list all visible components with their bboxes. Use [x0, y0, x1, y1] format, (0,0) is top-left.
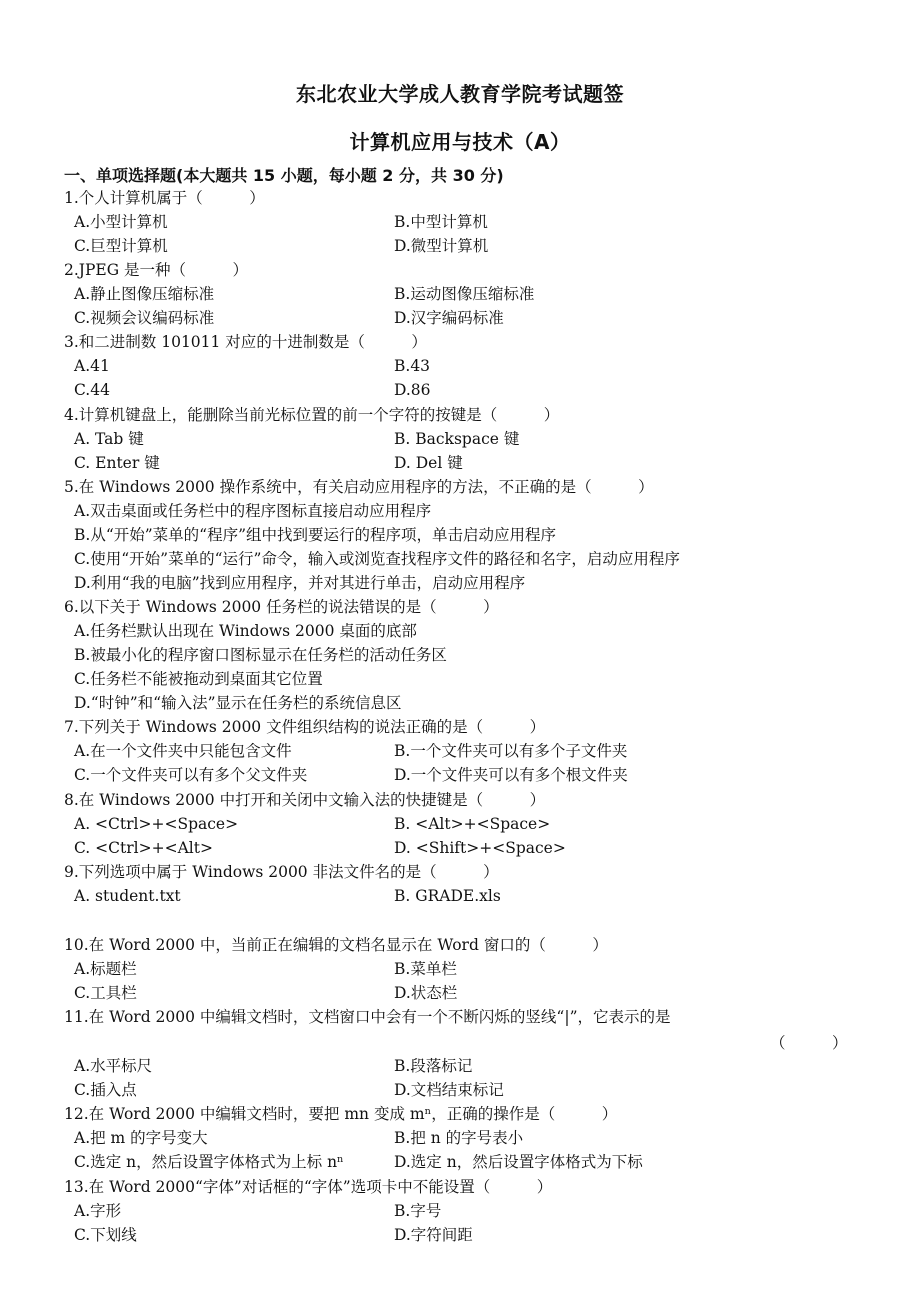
q5-option-c: C.使用“开始”菜单的“运行”命令，输入或浏览查找程序文件的路径和名字，启动应用…: [74, 548, 680, 570]
question-1: 1.个人计算机属于（ ）: [64, 187, 265, 209]
q13-option-a: A.字形: [74, 1200, 121, 1222]
q13-option-c: C.下划线: [74, 1224, 137, 1246]
question-7: 7.下列关于 Windows 2000 文件组织结构的说法正确的是（ ）: [64, 716, 545, 738]
question-3: 3.和二进制数 101011 对应的十进制数是（ ）: [64, 331, 427, 353]
q11-answer-blank: （ ）: [770, 1031, 848, 1053]
q7-option-d: D.一个文件夹可以有多个根文件夹: [394, 764, 628, 786]
question-10: 10.在 Word 2000 中，当前正在编辑的文档名显示在 Word 窗口的（…: [64, 934, 608, 956]
q5-option-d: D.利用“我的电脑”找到应用程序，并对其进行单击，启动应用程序: [74, 572, 525, 594]
q3-option-a: A.41: [74, 355, 110, 377]
q2-option-a: A.静止图像压缩标准: [74, 283, 214, 305]
q9-option-a: A. student.txt: [74, 885, 181, 907]
q4-option-a: A. Tab 键: [74, 428, 144, 450]
q8-option-b: B. <Alt>+<Space>: [394, 813, 550, 835]
q10-option-c: C.工具栏: [74, 982, 137, 1004]
q7-option-a: A.在一个文件夹中只能包含文件: [74, 740, 292, 762]
question-5: 5.在 Windows 2000 操作系统中，有关启动应用程序的方法，不正确的是…: [64, 476, 654, 498]
q2-option-c: C.视频会议编码标准: [74, 307, 214, 329]
q10-option-b: B.菜单栏: [394, 958, 457, 980]
q5-option-a: A.双击桌面或任务栏中的程序图标直接启动应用程序: [74, 500, 431, 522]
q6-option-a: A.任务栏默认出现在 Windows 2000 桌面的底部: [74, 620, 417, 642]
q8-option-d: D. <Shift>+<Space>: [394, 837, 566, 859]
question-9: 9.下列选项中属于 Windows 2000 非法文件名的是（ ）: [64, 861, 499, 883]
q12-option-a: A.把 m 的字号变大: [74, 1127, 208, 1149]
q12-option-d: D.选定 n，然后设置字体格式为下标: [394, 1151, 643, 1173]
question-8: 8.在 Windows 2000 中打开和关闭中文输入法的快捷键是（ ）: [64, 789, 545, 811]
q11-option-c: C.插入点: [74, 1079, 137, 1101]
q6-option-c: C.任务栏不能被拖动到桌面其它位置: [74, 668, 323, 690]
q7-option-b: B.一个文件夹可以有多个子文件夹: [394, 740, 627, 762]
q6-option-b: B.被最小化的程序窗口图标显示在任务栏的活动任务区: [74, 644, 447, 666]
course-subtitle: 计算机应用与技术（A）: [0, 126, 920, 155]
q3-option-d: D.86: [394, 379, 431, 401]
question-11: 11.在 Word 2000 中编辑文档时，文档窗口中会有一个不断闪烁的竖线“|…: [64, 1006, 671, 1028]
question-6: 6.以下关于 Windows 2000 任务栏的说法错误的是（ ）: [64, 596, 499, 618]
question-4: 4.计算机键盘上，能删除当前光标位置的前一个字符的按键是（ ）: [64, 404, 559, 426]
q11-option-b: B.段落标记: [394, 1055, 472, 1077]
question-13: 13.在 Word 2000“字体”对话框的“字体”选项卡中不能设置（ ）: [64, 1176, 552, 1198]
section-heading: 一、单项选择题(本大题共 15 小题，每小题 2 分，共 30 分): [64, 163, 504, 186]
q4-option-d: D. Del 键: [394, 452, 463, 474]
q8-option-c: C. <Ctrl>+<Alt>: [74, 837, 213, 859]
q1-option-a: A.小型计算机: [74, 211, 168, 233]
q1-option-c: C.巨型计算机: [74, 235, 168, 257]
q5-option-b: B.从“开始”菜单的“程序”组中找到要运行的程序项，单击启动应用程序: [74, 524, 556, 546]
q12-option-c: C.选定 n，然后设置字体格式为上标 nⁿ: [74, 1151, 344, 1173]
q12-option-b: B.把 n 的字号表小: [394, 1127, 523, 1149]
q2-option-b: B.运动图像压缩标准: [394, 283, 534, 305]
question-12: 12.在 Word 2000 中编辑文档时，要把 mn 变成 mⁿ，正确的操作是…: [64, 1103, 617, 1125]
q4-option-c: C. Enter 键: [74, 452, 160, 474]
q13-option-d: D.字符间距: [394, 1224, 473, 1246]
q7-option-c: C.一个文件夹可以有多个父文件夹: [74, 764, 307, 786]
q1-option-d: D.微型计算机: [394, 235, 488, 257]
q6-option-d: D.“时钟”和“输入法”显示在任务栏的系统信息区: [74, 692, 402, 714]
exam-page: 东北农业大学成人教育学院考试题签 计算机应用与技术（A） 一、单项选择题(本大题…: [0, 0, 920, 1302]
q2-option-d: D.汉字编码标准: [394, 307, 504, 329]
q11-option-d: D.文档结束标记: [394, 1079, 504, 1101]
q4-option-b: B. Backspace 键: [394, 428, 519, 450]
q3-option-c: C.44: [74, 379, 110, 401]
q1-option-b: B.中型计算机: [394, 211, 488, 233]
exam-title: 东北农业大学成人教育学院考试题签: [0, 78, 920, 107]
q9-option-b: B. GRADE.xls: [394, 885, 501, 907]
q8-option-a: A. <Ctrl>+<Space>: [74, 813, 238, 835]
q3-option-b: B.43: [394, 355, 430, 377]
q11-option-a: A.水平标尺: [74, 1055, 152, 1077]
question-2: 2.JPEG 是一种（ ）: [64, 259, 248, 281]
q13-option-b: B.字号: [394, 1200, 441, 1222]
q10-option-d: D.状态栏: [394, 982, 457, 1004]
q10-option-a: A.标题栏: [74, 958, 137, 980]
